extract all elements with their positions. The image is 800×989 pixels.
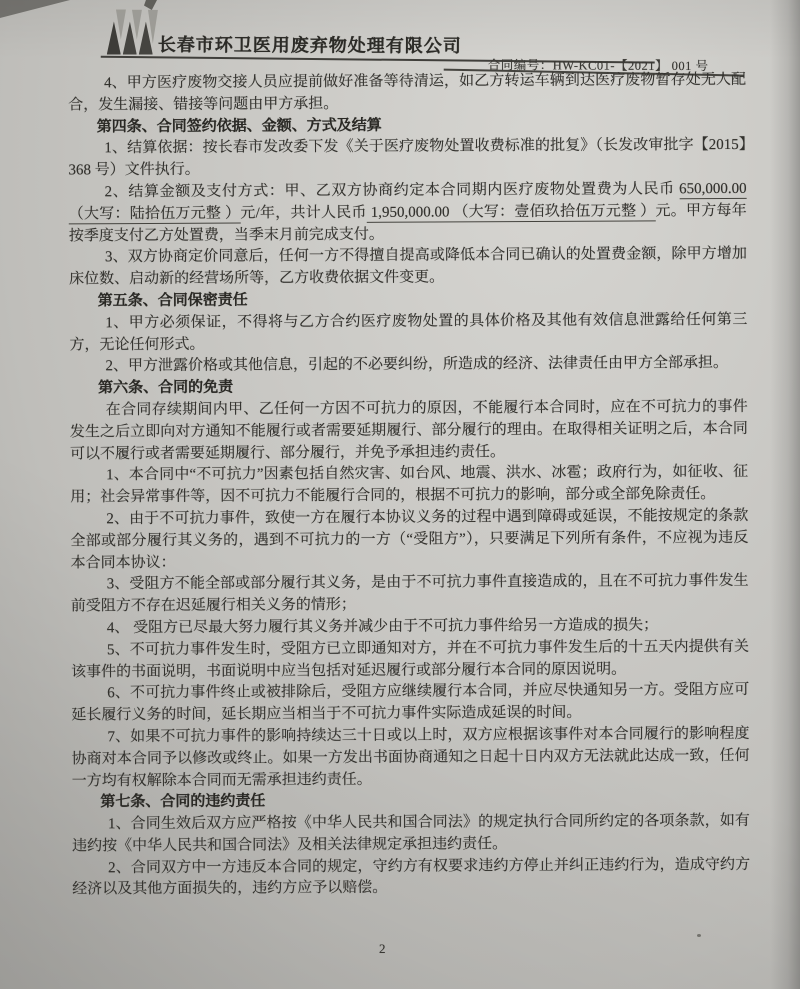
contract-paragraph: 3、双方协商定价同意后，任何一方不得擅自提高或降低本合同已确认的处置费金额，除甲… [69,244,747,291]
contract-body: 4、甲方医疗废物交接人员应提前做好准备等待清运，如乙方转运车辆到达医疗废物暂存处… [68,70,750,902]
scan-speck [697,934,701,937]
paragraph-text: 第六条、合同的免责 [98,380,233,397]
paragraph-text: 7、如果不可抗力事件的影响持续达三十日或以上时，双方应根据该事件对本合同履行的影… [72,726,750,789]
paragraph-text: 元/年，共计人民币 [240,205,366,222]
paragraph-text: 在合同存续期间内甲、乙任何一方因不可抗力的原因，不能履行本合同时，应在不可抗力的… [70,399,748,462]
contract-paragraph: 3、受阻方不能全部或部分履行其义务，是由于不可抗力事件直接造成的，且在不可抗力事… [71,571,749,618]
paragraph-text: 2、甲方泄露价格或其他信息，引起的不必要纠纷，所造成的经济、法律责任由甲方全部承… [105,355,728,374]
paragraph-text: 1、本合同中“不可抗力”因素包括自然灾害、如台风、地震、洪水、冰雹；政府行为，如… [70,464,748,505]
paragraph-text: 第四条、合同签约依据、金额、方式及结算 [97,117,382,134]
document-header: 长春市环卫医用废弃物处理有限公司 合同编号：HW-KC01-【2021】 001… [0,0,800,3]
contract-paragraph: 4、 受阻方已尽最大努力履行其义务并减少由于不可抗力事件给另一方造成的损失； [71,615,749,640]
paragraph-text: 2、由于不可抗力事件，致使一方在履行本协议义务的过程中遇到障碍或延误，不能按规定… [70,508,748,571]
paragraph-text: 第七条、合同的违约责任 [100,794,265,811]
contract-paragraph: 1、结算依据：按长春市发改委下发《关于医疗废物处置收费标准的批复》（长发改审批字… [68,135,746,182]
contract-paragraph: 4、甲方医疗废物交接人员应提前做好准备等待清运，如乙方转运车辆到达医疗废物暂存处… [68,70,746,117]
paragraph-text: 1、合同生效后双方应严格按《中华人民共和国合同法》的规定执行合同所约定的各项条款… [72,813,750,854]
scan-artifact-mark [144,0,157,10]
contract-paragraph: 在合同存续期间内甲、乙任何一方因不可抗力的原因，不能履行本合同时，应在不可抗力的… [70,397,748,466]
paragraph-text: 4、甲方医疗废物交接人员应提前做好准备等待清运，如乙方转运车辆到达医疗废物暂存处… [68,72,746,113]
page-number: 2 [379,941,386,957]
paragraph-text: 1、结算依据：按长春市发改委下发《关于医疗废物处置收费标准的批复》（长发改审批字… [68,137,746,178]
paragraph-text: 第五条、合同保密责任 [98,292,248,309]
scan-corner-shadow [0,0,70,18]
logo-triangle-icon [132,10,142,40]
contract-paragraph: 2、甲方泄露价格或其他信息，引起的不必要纠纷，所造成的经济、法律责任由甲方全部承… [69,353,747,378]
scanned-contract-page: 长春市环卫医用废弃物处理有限公司 合同编号：HW-KC01-【2021】 001… [0,0,800,989]
paragraph-text: 2、合同双方中一方违反本合同的规定，守约方有权要求违约方停止并纠正违约行为，造成… [72,857,750,898]
contract-paragraph: 1、本合同中“不可抗力”因素包括自然灾害、如台风、地震、洪水、冰雹；政府行为，如… [70,462,748,509]
contract-paragraph: 2、由于不可抗力事件，致使一方在履行本协议义务的过程中遇到障碍或延误，不能按规定… [70,506,748,575]
paragraph-text: 3、双方协商定价同意后，任何一方不得擅自提高或降低本合同已确认的处置费金额，除甲… [69,246,747,287]
paragraph-text: 6、不可抗力事件终止或被排除后，受阻方应继续履行本合同，并应尽快通知另一方。受阻… [71,682,749,723]
contract-paragraph: 7、如果不可抗力事件的影响持续达三十日或以上时，双方应根据该事件对本合同履行的影… [71,724,749,793]
contract-paragraph: 1、合同生效后双方应严格按《中华人民共和国合同法》的规定执行合同所约定的各项条款… [72,811,750,858]
paragraph-text: 2、结算金额及支付方式：甲、乙双方协商约定本合同期内医疗废物处置费为人民币 [105,181,680,200]
contract-paragraph: 6、不可抗力事件终止或被排除后，受阻方应继续履行本合同，并应尽快通知另一方。受阻… [71,680,749,727]
contract-paragraph: 2、合同双方中一方违反本合同的规定，守约方有权要求违约方停止并纠正违约行为，造成… [72,855,750,902]
contract-paragraph: 5、不可抗力事件发生时，受阻方已立即通知对方，并在不可抗力事件发生后的十五天内提… [71,637,749,684]
company-logo-icon [107,9,157,54]
paragraph-text: 4、 受阻方已尽最大努力履行其义务并减少由于不可抗力事件给另一方造成的损失； [107,617,658,636]
company-name: 长春市环卫医用废弃物处理有限公司 [158,31,462,58]
logo-triangle-icon [116,10,126,40]
paragraph-text: 3、受阻方不能全部或部分履行其义务，是由于不可抗力事件直接造成的，且在不可抗力事… [71,573,749,614]
paragraph-text: 5、不可抗力事件发生时，受阻方已立即通知对方，并在不可抗力事件发生后的十五天内提… [71,639,749,680]
contract-paragraph: 1、甲方必须保证，不得将与乙方合约医疗废物处置的具体价格及其他有效信息泄露给任何… [69,310,747,357]
paragraph-text: 1、甲方必须保证，不得将与乙方合约医疗废物处置的具体价格及其他有效信息泄露给任何… [69,312,747,353]
underlined-amount: 1,950,000.00 （大写：壹佰玖拾伍万元整 ） [367,203,656,223]
contract-paragraph: 2、结算金额及支付方式：甲、乙双方协商约定本合同期内医疗废物处置费为人民币 65… [69,179,747,248]
